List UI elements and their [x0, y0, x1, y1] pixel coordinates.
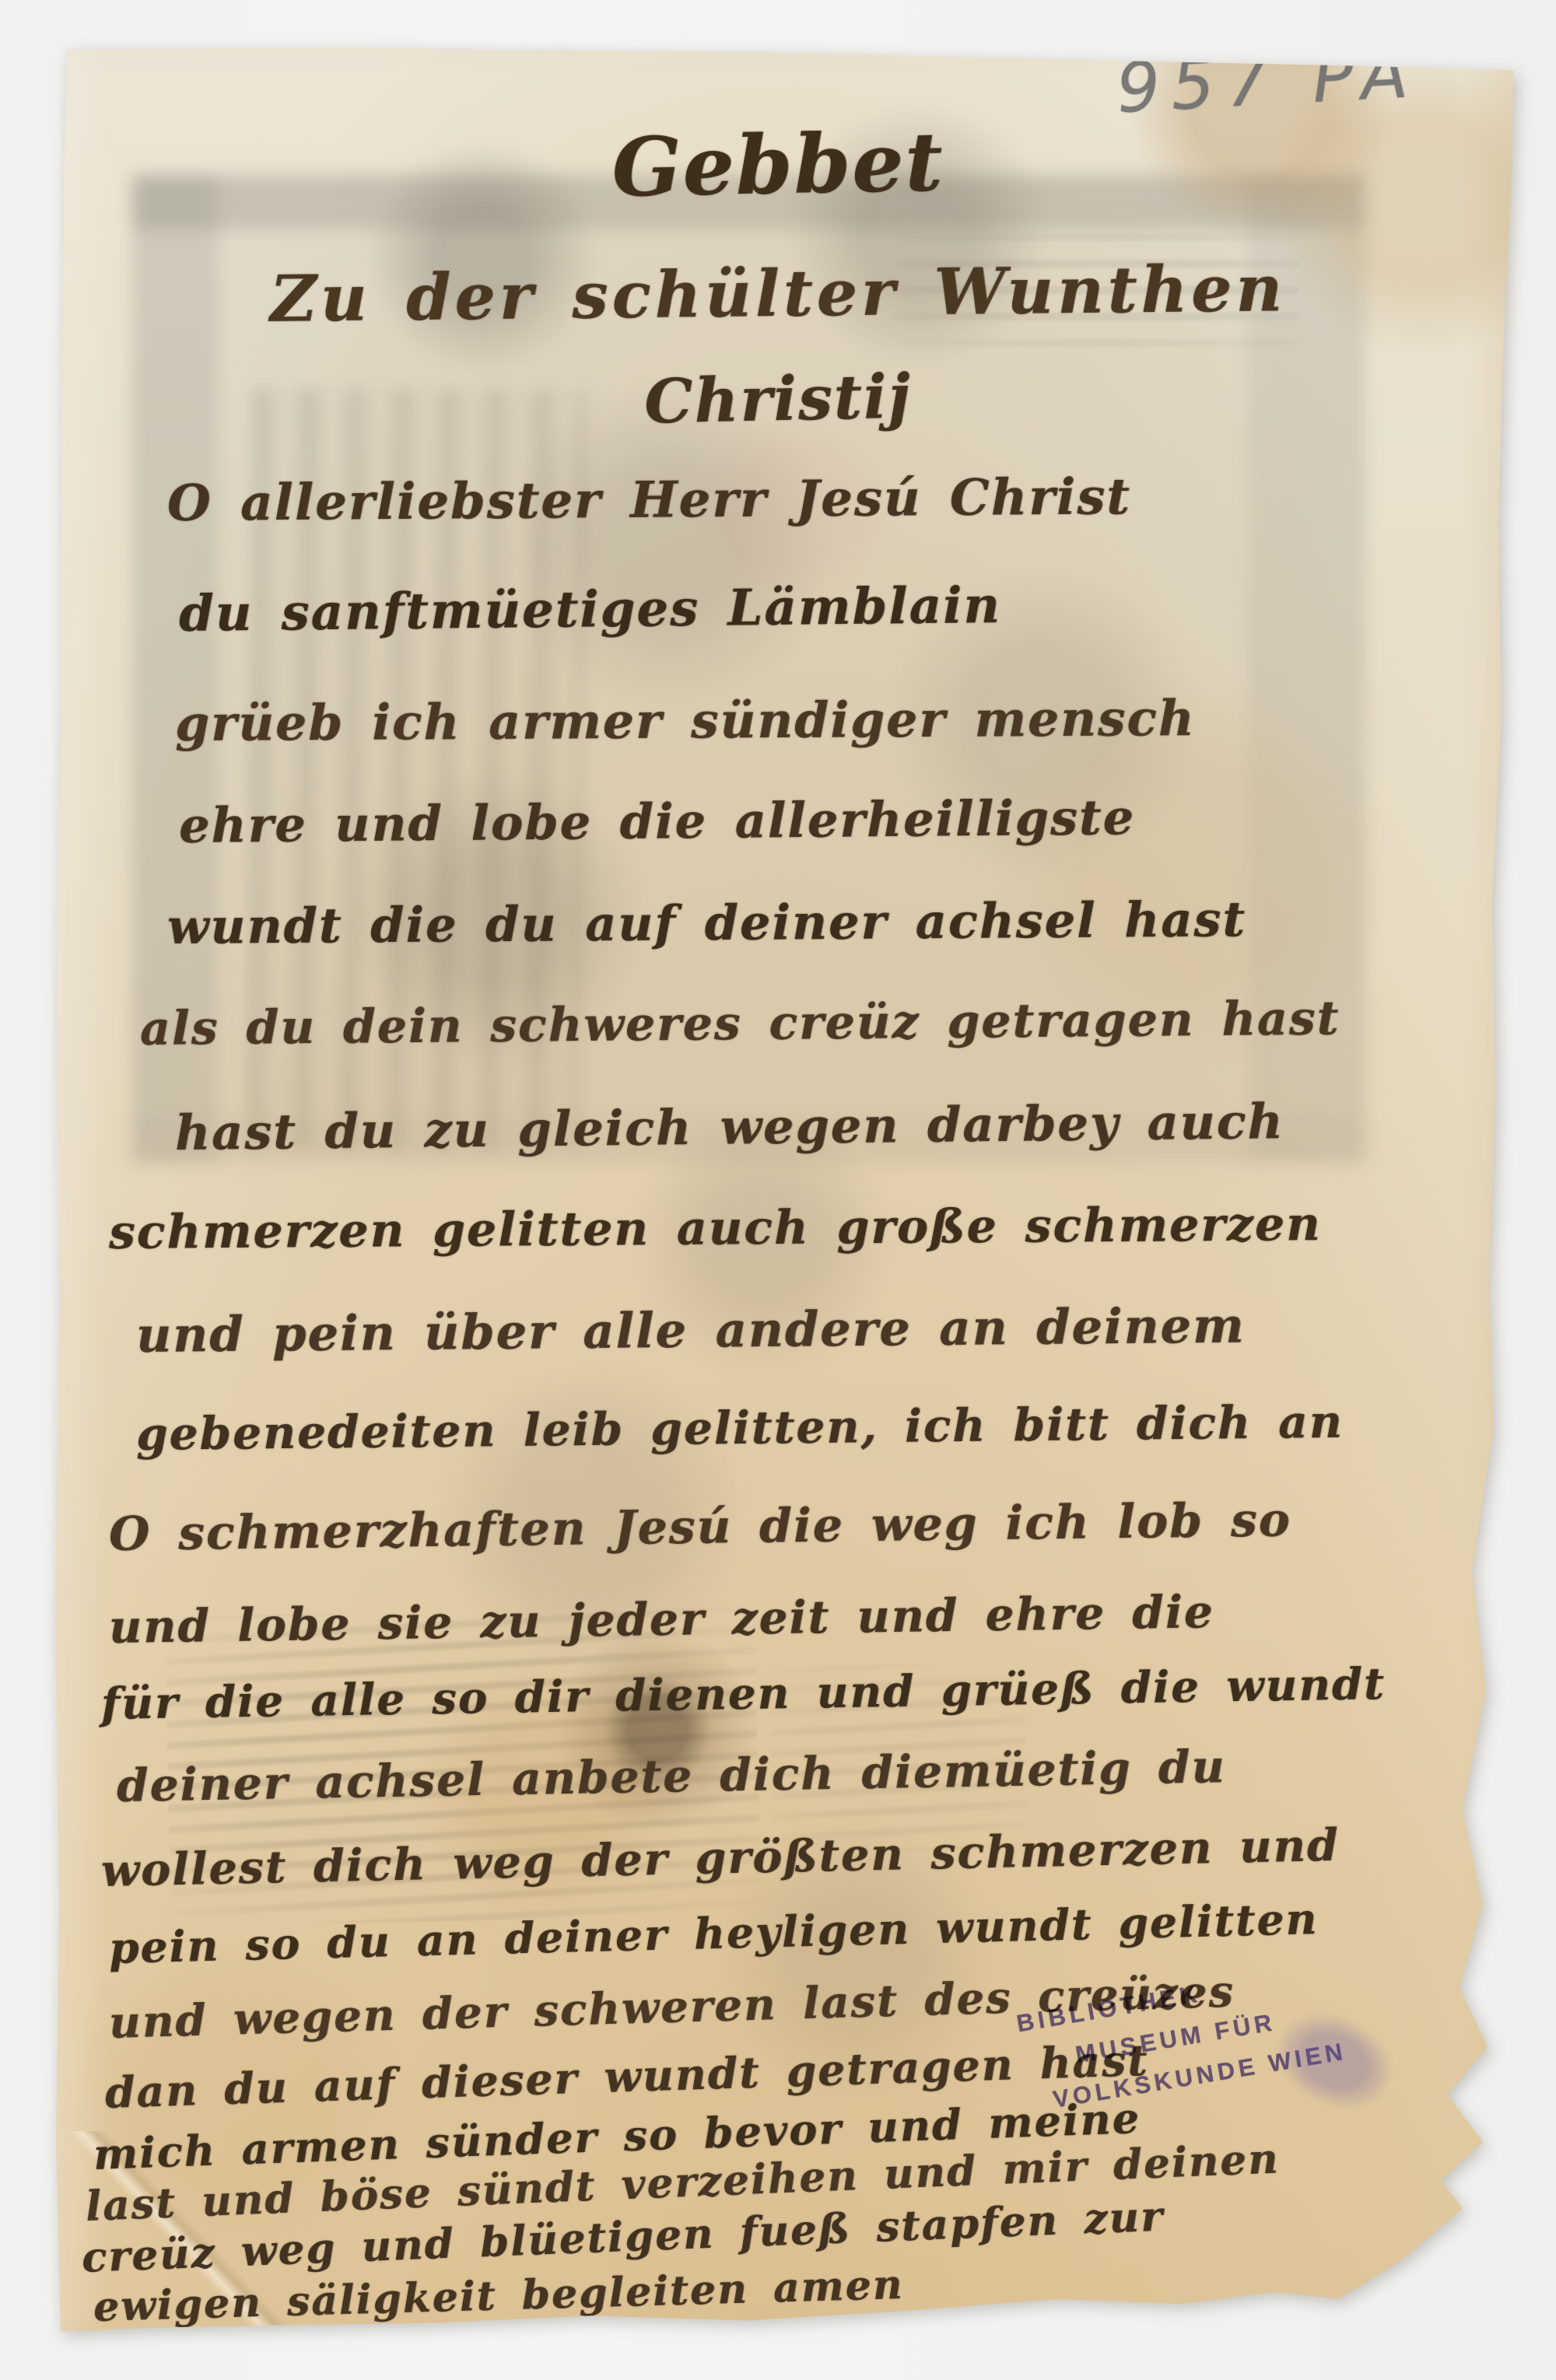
archive-number-pencil: 957 PA	[1115, 33, 1421, 128]
handwritten-line: O allerliebster Herr Jesú Christ	[167, 467, 1131, 533]
handwritten-line: deiner achsel anbete dich diemüetig du	[116, 1740, 1226, 1812]
handwritten-line: gebenedeiten leib gelitten, ich bitt dic…	[136, 1395, 1344, 1461]
manuscript-title-line: Gebbet	[612, 114, 945, 215]
paper-shadow-wrap: Gebbet Zu der schülter Wunthen Christij …	[0, 0, 1556, 2380]
handwritten-line: für die alle so dir dienen und grüeß die…	[100, 1658, 1386, 1730]
handwritten-line: hast du zu gleich wegen darbey auch	[175, 1093, 1284, 1161]
handwritten-line: O schmerzhaften Jesú die weg ich lob so	[109, 1493, 1292, 1562]
handwritten-line: pein so du an deiner heyligen wundt geli…	[108, 1893, 1319, 1973]
handwritten-line: schmerzen gelitten auch große schmerzen	[109, 1197, 1322, 1260]
handwritten-line: du sanftmüetiges Lämblain	[179, 576, 1002, 643]
manuscript-subtitle-line: Christij	[643, 361, 912, 437]
handwritten-line: und pein über alle andere an deinem	[136, 1297, 1246, 1363]
handwritten-line: und lobe sie zu jeder zeit und ehre die	[109, 1585, 1215, 1654]
scan-background: Gebbet Zu der schülter Wunthen Christij …	[0, 0, 1556, 2380]
manuscript-subtitle-line: Zu der schülter Wunthen	[270, 251, 1287, 337]
handwritten-line: wollest dich weg der größten schmerzen u…	[100, 1819, 1340, 1897]
handwritten-line: grüeb ich armer sündiger mensch	[175, 689, 1196, 752]
handwritten-line: ehre und lobe die allerheilligste	[179, 789, 1136, 854]
handwritten-line: wundt die du auf deiner achsel hast	[167, 891, 1246, 955]
manuscript-page: Gebbet Zu der schülter Wunthen Christij …	[0, 0, 1556, 2380]
handwritten-line: als du dein schweres creüz getragen hast	[140, 992, 1340, 1056]
